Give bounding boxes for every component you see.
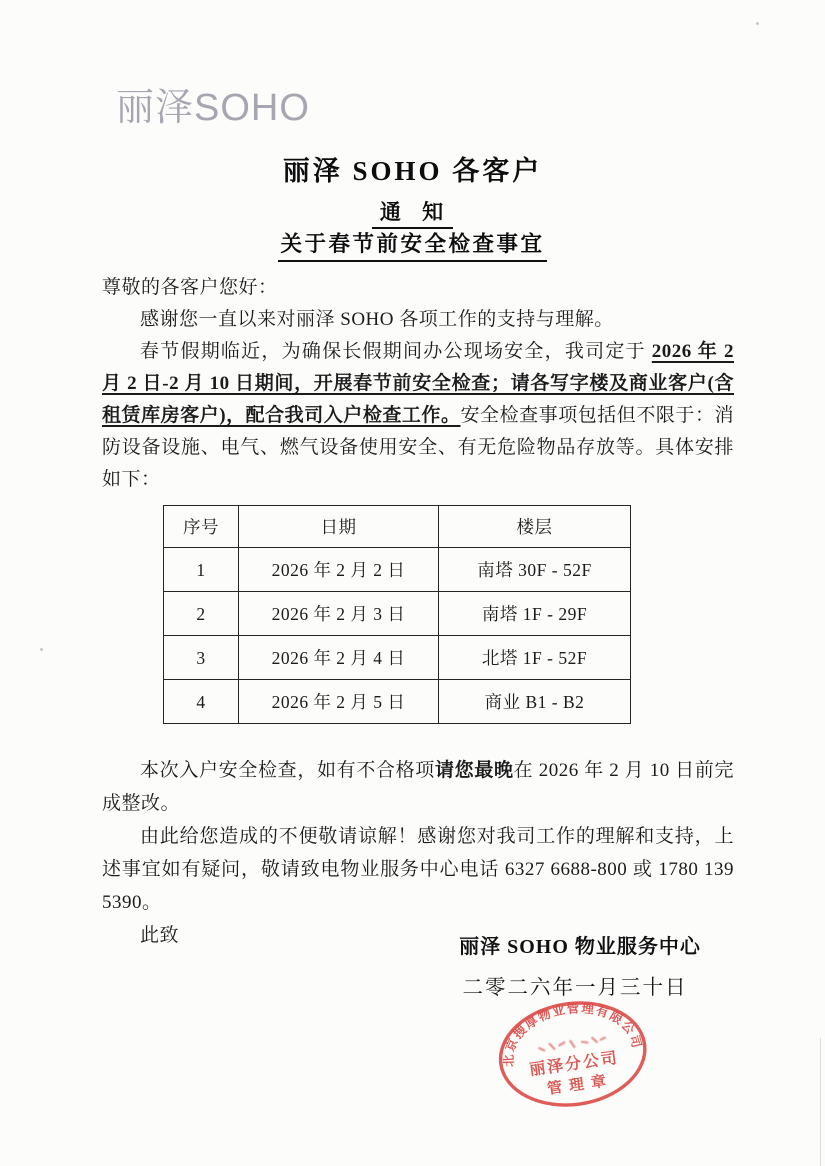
paragraph-text: 此致 (140, 925, 179, 946)
paragraph-text: 由此给您造成的不便敬请谅解！感谢您对我司工作的理解和支持，上述事宜如有疑问，敬请… (102, 826, 734, 913)
company-logo: 丽泽SOHO (116, 86, 310, 130)
paragraph-text: 请您最晚 (435, 760, 514, 781)
notice-type-text: 通 知 (372, 196, 453, 229)
table-header-cell: 楼层 (439, 506, 631, 548)
table-cell: 2026 年 2 月 3 日 (239, 592, 439, 636)
signature-organization: 丽泽 SOHO 物业服务中心 (440, 930, 720, 959)
table-cell: 北塔 1F - 52F (439, 636, 631, 680)
table-row: 42026 年 2 月 5 日商业 B1 - B2 (164, 680, 631, 724)
paragraph-text: 感谢您一直以来对丽泽 SOHO 各项工作的支持与理解。 (140, 309, 614, 330)
notice-body: 尊敬的各客户您好：感谢您一直以来对丽泽 SOHO 各项工作的支持与理解。春节假期… (102, 272, 734, 952)
table-cell: 2026 年 2 月 2 日 (239, 548, 439, 592)
scan-edge-artifact (820, 1038, 821, 1166)
table-cell: 2026 年 2 月 4 日 (239, 636, 439, 680)
notice-recipient-title: 丽泽 SOHO 各客户 (0, 149, 825, 188)
table-cell: 2 (164, 592, 239, 636)
paragraph: 尊敬的各客户您好： (102, 272, 734, 304)
table-row: 22026 年 2 月 3 日南塔 1F - 29F (164, 592, 631, 636)
paragraph-text: 本次入户安全检查，如有不合格项 (140, 760, 435, 781)
body-paragraphs-top: 尊敬的各客户您好：感谢您一直以来对丽泽 SOHO 各项工作的支持与理解。春节假期… (102, 272, 734, 496)
inspection-schedule-table: 序号日期楼层 12026 年 2 月 2 日南塔 30F - 52F22026 … (163, 505, 631, 724)
table-cell: 1 (164, 548, 239, 592)
notice-subject-title: 关于春节前安全检查事宜 (0, 227, 825, 262)
table-cell: 4 (164, 680, 239, 724)
paragraph: 本次入户安全检查，如有不合格项请您最晚在 2026 年 2 月 10 日前完成整… (102, 754, 734, 820)
table-row: 序号日期楼层 (164, 506, 631, 548)
notice-type-title: 通 知 (0, 196, 825, 229)
table-cell: 2026 年 2 月 5 日 (239, 680, 439, 724)
table-cell: 3 (164, 636, 239, 680)
table-header-cell: 序号 (164, 506, 239, 548)
notice-subject-text: 关于春节前安全检查事宜 (278, 227, 546, 262)
table-body: 12026 年 2 月 2 日南塔 30F - 52F22026 年 2 月 3… (164, 548, 631, 724)
paragraph: 由此给您造成的不便敬请谅解！感谢您对我司工作的理解和支持，上述事宜如有疑问，敬请… (102, 820, 734, 919)
company-stamp: 北京搜厚物业管理有限公司 丽泽分公司 管理章 (480, 985, 665, 1127)
table-cell: 商业 B1 - B2 (439, 680, 631, 724)
stamp-smudge-marks (538, 1035, 606, 1052)
document-page: 丽泽SOHO 丽泽 SOHO 各客户 通 知 关于春节前安全检查事宜 尊敬的各客… (0, 0, 825, 1166)
paragraph: 感谢您一直以来对丽泽 SOHO 各项工作的支持与理解。 (102, 304, 734, 336)
paragraph-text: 春节假期临近，为确保长假期间办公现场安全，我司定于 (140, 341, 652, 362)
scan-speck (40, 648, 43, 651)
table-header-row: 序号日期楼层 (164, 506, 631, 548)
table-cell: 南塔 1F - 29F (439, 592, 631, 636)
paragraph-text: 尊敬的各客户您好： (102, 277, 278, 298)
table-row: 32026 年 2 月 4 日北塔 1F - 52F (164, 636, 631, 680)
scan-speck (756, 22, 759, 25)
table-header-cell: 日期 (239, 506, 439, 548)
table-cell: 南塔 30F - 52F (439, 548, 631, 592)
table-row: 12026 年 2 月 2 日南塔 30F - 52F (164, 548, 631, 592)
body-paragraphs-bottom: 本次入户安全检查，如有不合格项请您最晚在 2026 年 2 月 10 日前完成整… (102, 754, 734, 952)
paragraph: 春节假期临近，为确保长假期间办公现场安全，我司定于 2026 年 2 月 2 日… (102, 336, 734, 496)
